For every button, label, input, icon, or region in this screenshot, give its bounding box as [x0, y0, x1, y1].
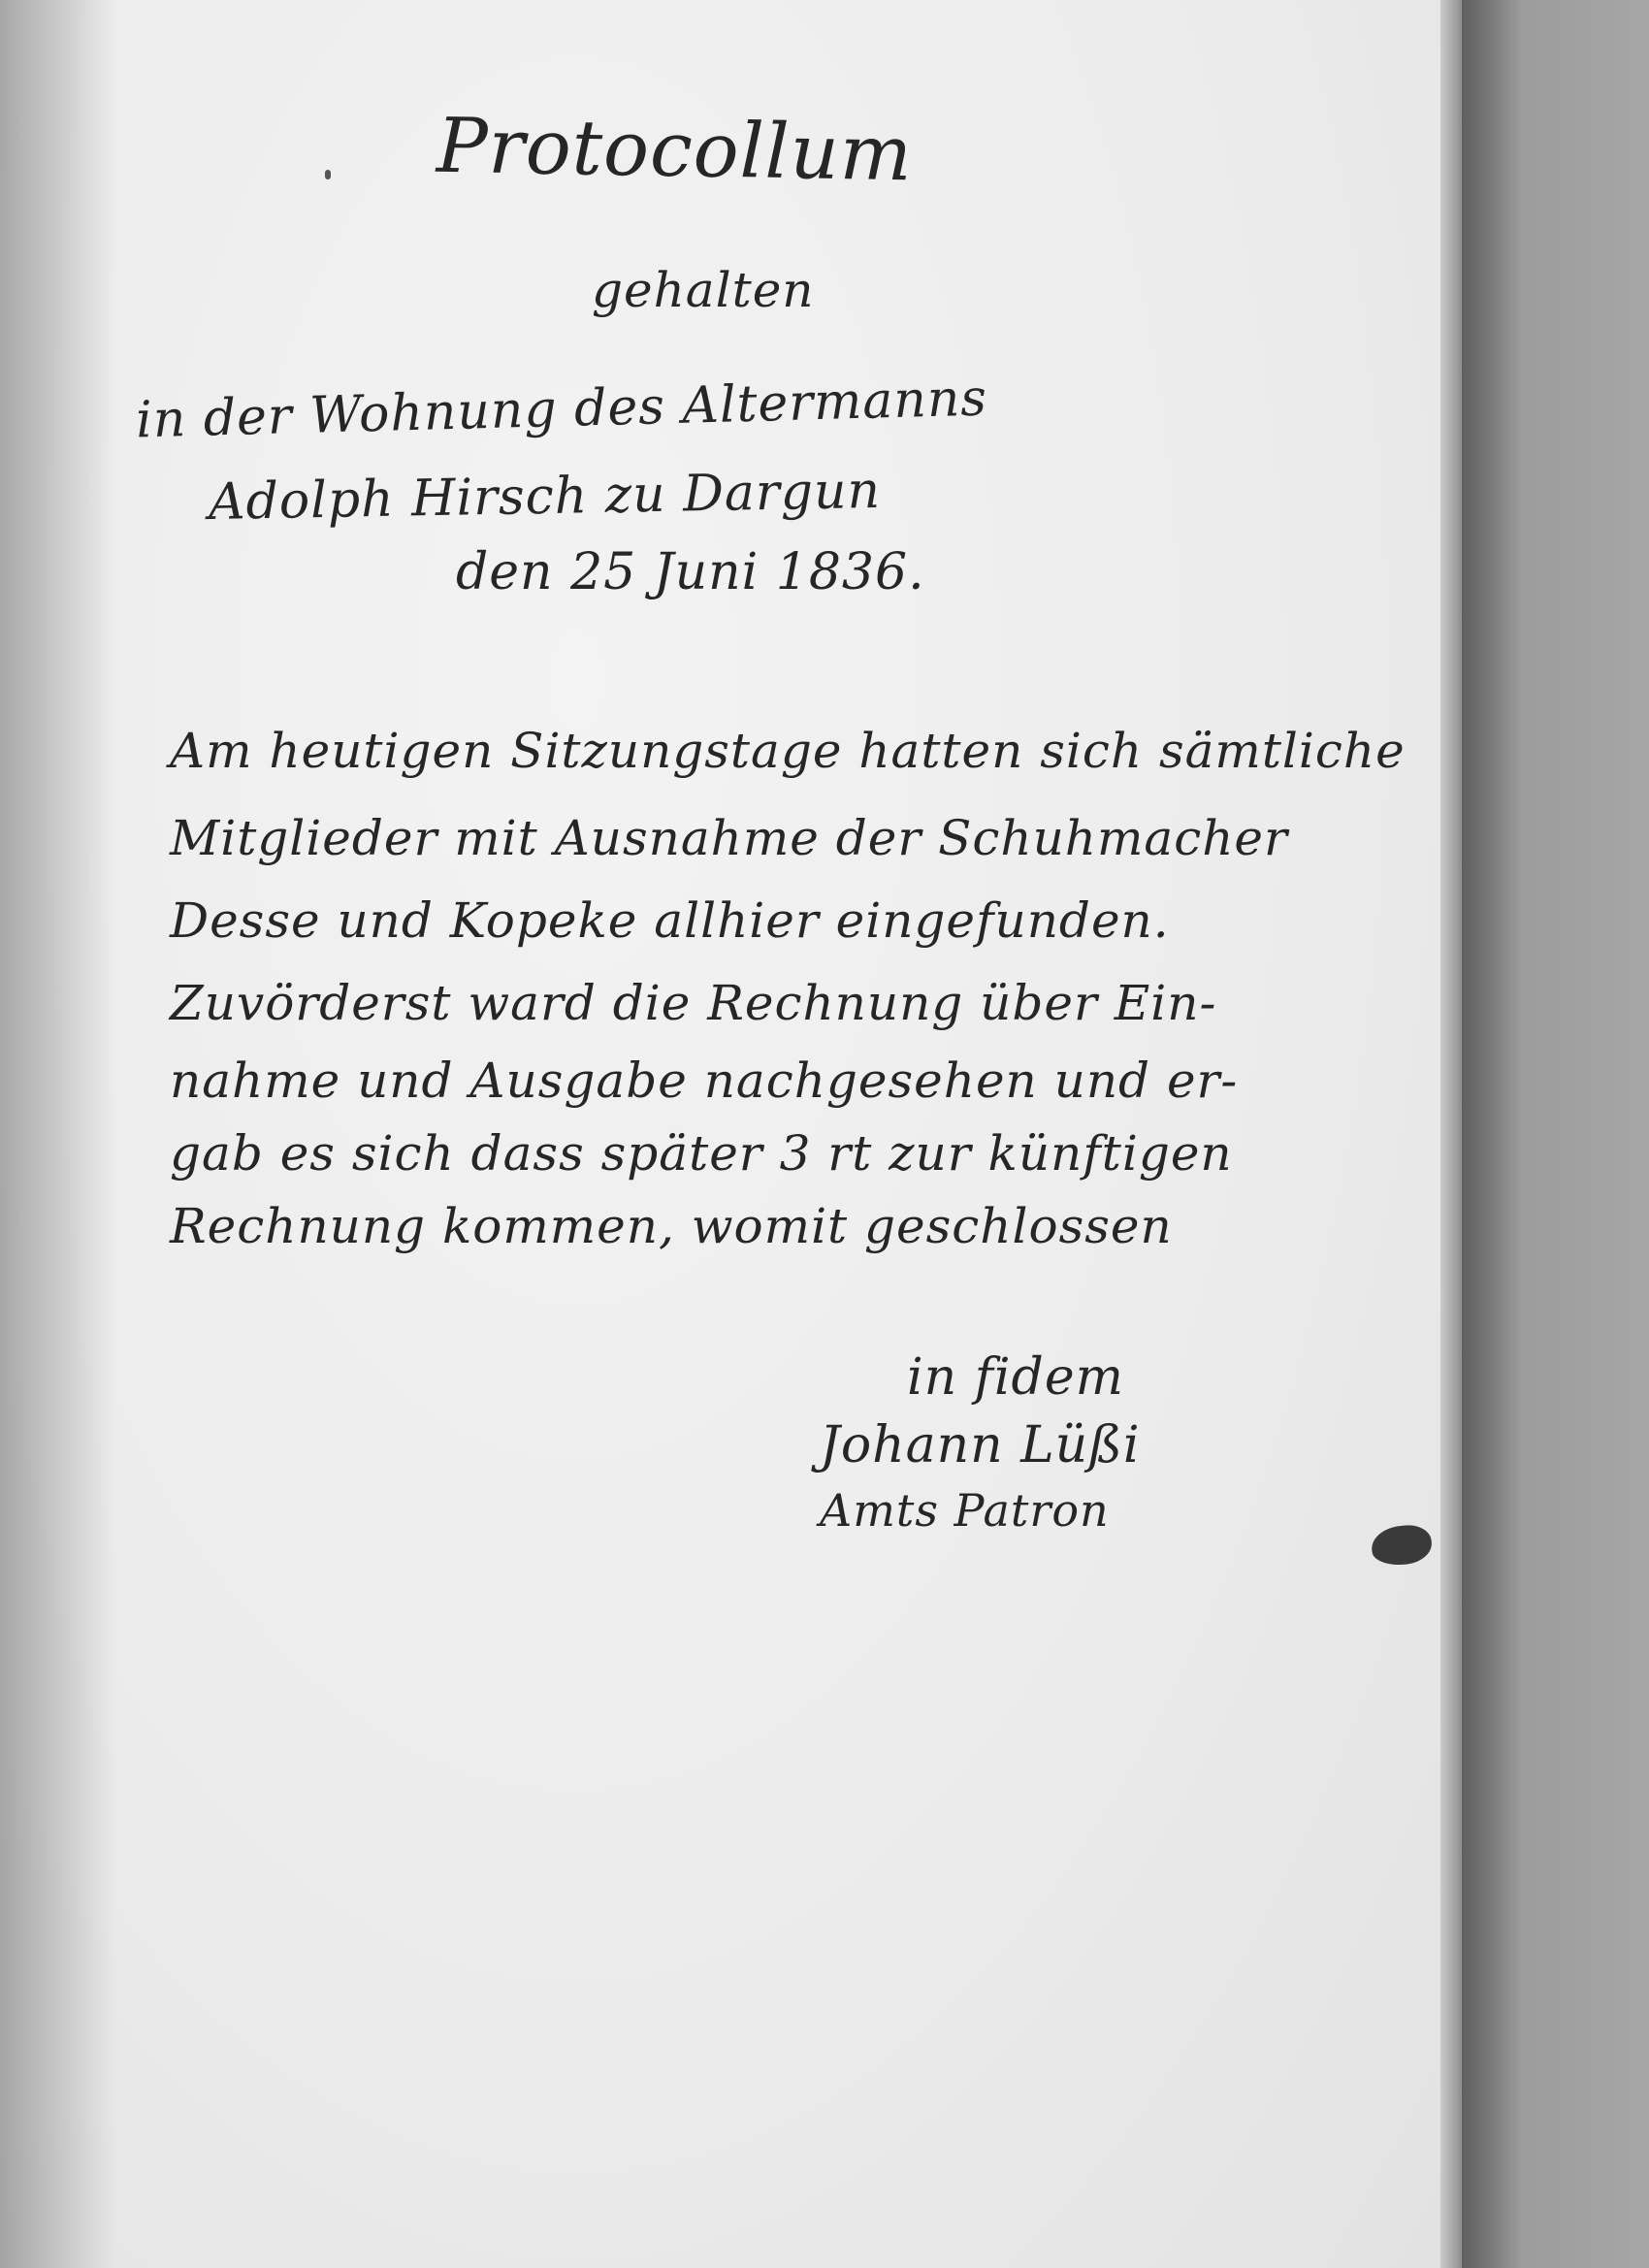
manuscript-page: Protocollum gehalten in der Wohnung des …	[0, 0, 1440, 2268]
ink-blot	[1370, 1523, 1434, 1568]
body-line-7: Rechnung kommen, womit geschlossen	[170, 1198, 1173, 1254]
body-line-4: Zuvörderst ward die Rechnung über Ein-	[170, 975, 1216, 1031]
heading-line-2: in der Wohnung des Altermanns	[135, 370, 987, 450]
body-line-2: Mitglieder mit Ausnahme der Schuhmacher	[170, 810, 1288, 866]
stray-ink-mark	[325, 170, 331, 179]
body-line-5: nahme und Ausgabe nachgesehen und er-	[170, 1053, 1238, 1109]
signature-name: Johann Lüßi	[820, 1416, 1141, 1474]
signature-title: Amts Patron	[820, 1484, 1110, 1537]
binding-shadow	[1462, 0, 1520, 2268]
body-line-6: gab es sich dass später 3 rt zur künftig…	[170, 1125, 1233, 1182]
heading-line-4: den 25 Juni 1836.	[456, 543, 925, 601]
scanner-background	[1520, 0, 1649, 2268]
closing-formula: in fidem	[907, 1348, 1124, 1407]
body-line-3: Desse und Kopeke allhier eingefunden.	[170, 892, 1170, 949]
page-edge	[1440, 0, 1462, 2268]
body-line-1: Am heutigen Sitzungstage hatten sich säm…	[170, 723, 1406, 779]
document-title: Protocollum	[436, 103, 913, 199]
heading-line-3: Adolph Hirsch zu Dargun	[209, 462, 882, 532]
heading-line-1: gehalten	[592, 262, 814, 318]
